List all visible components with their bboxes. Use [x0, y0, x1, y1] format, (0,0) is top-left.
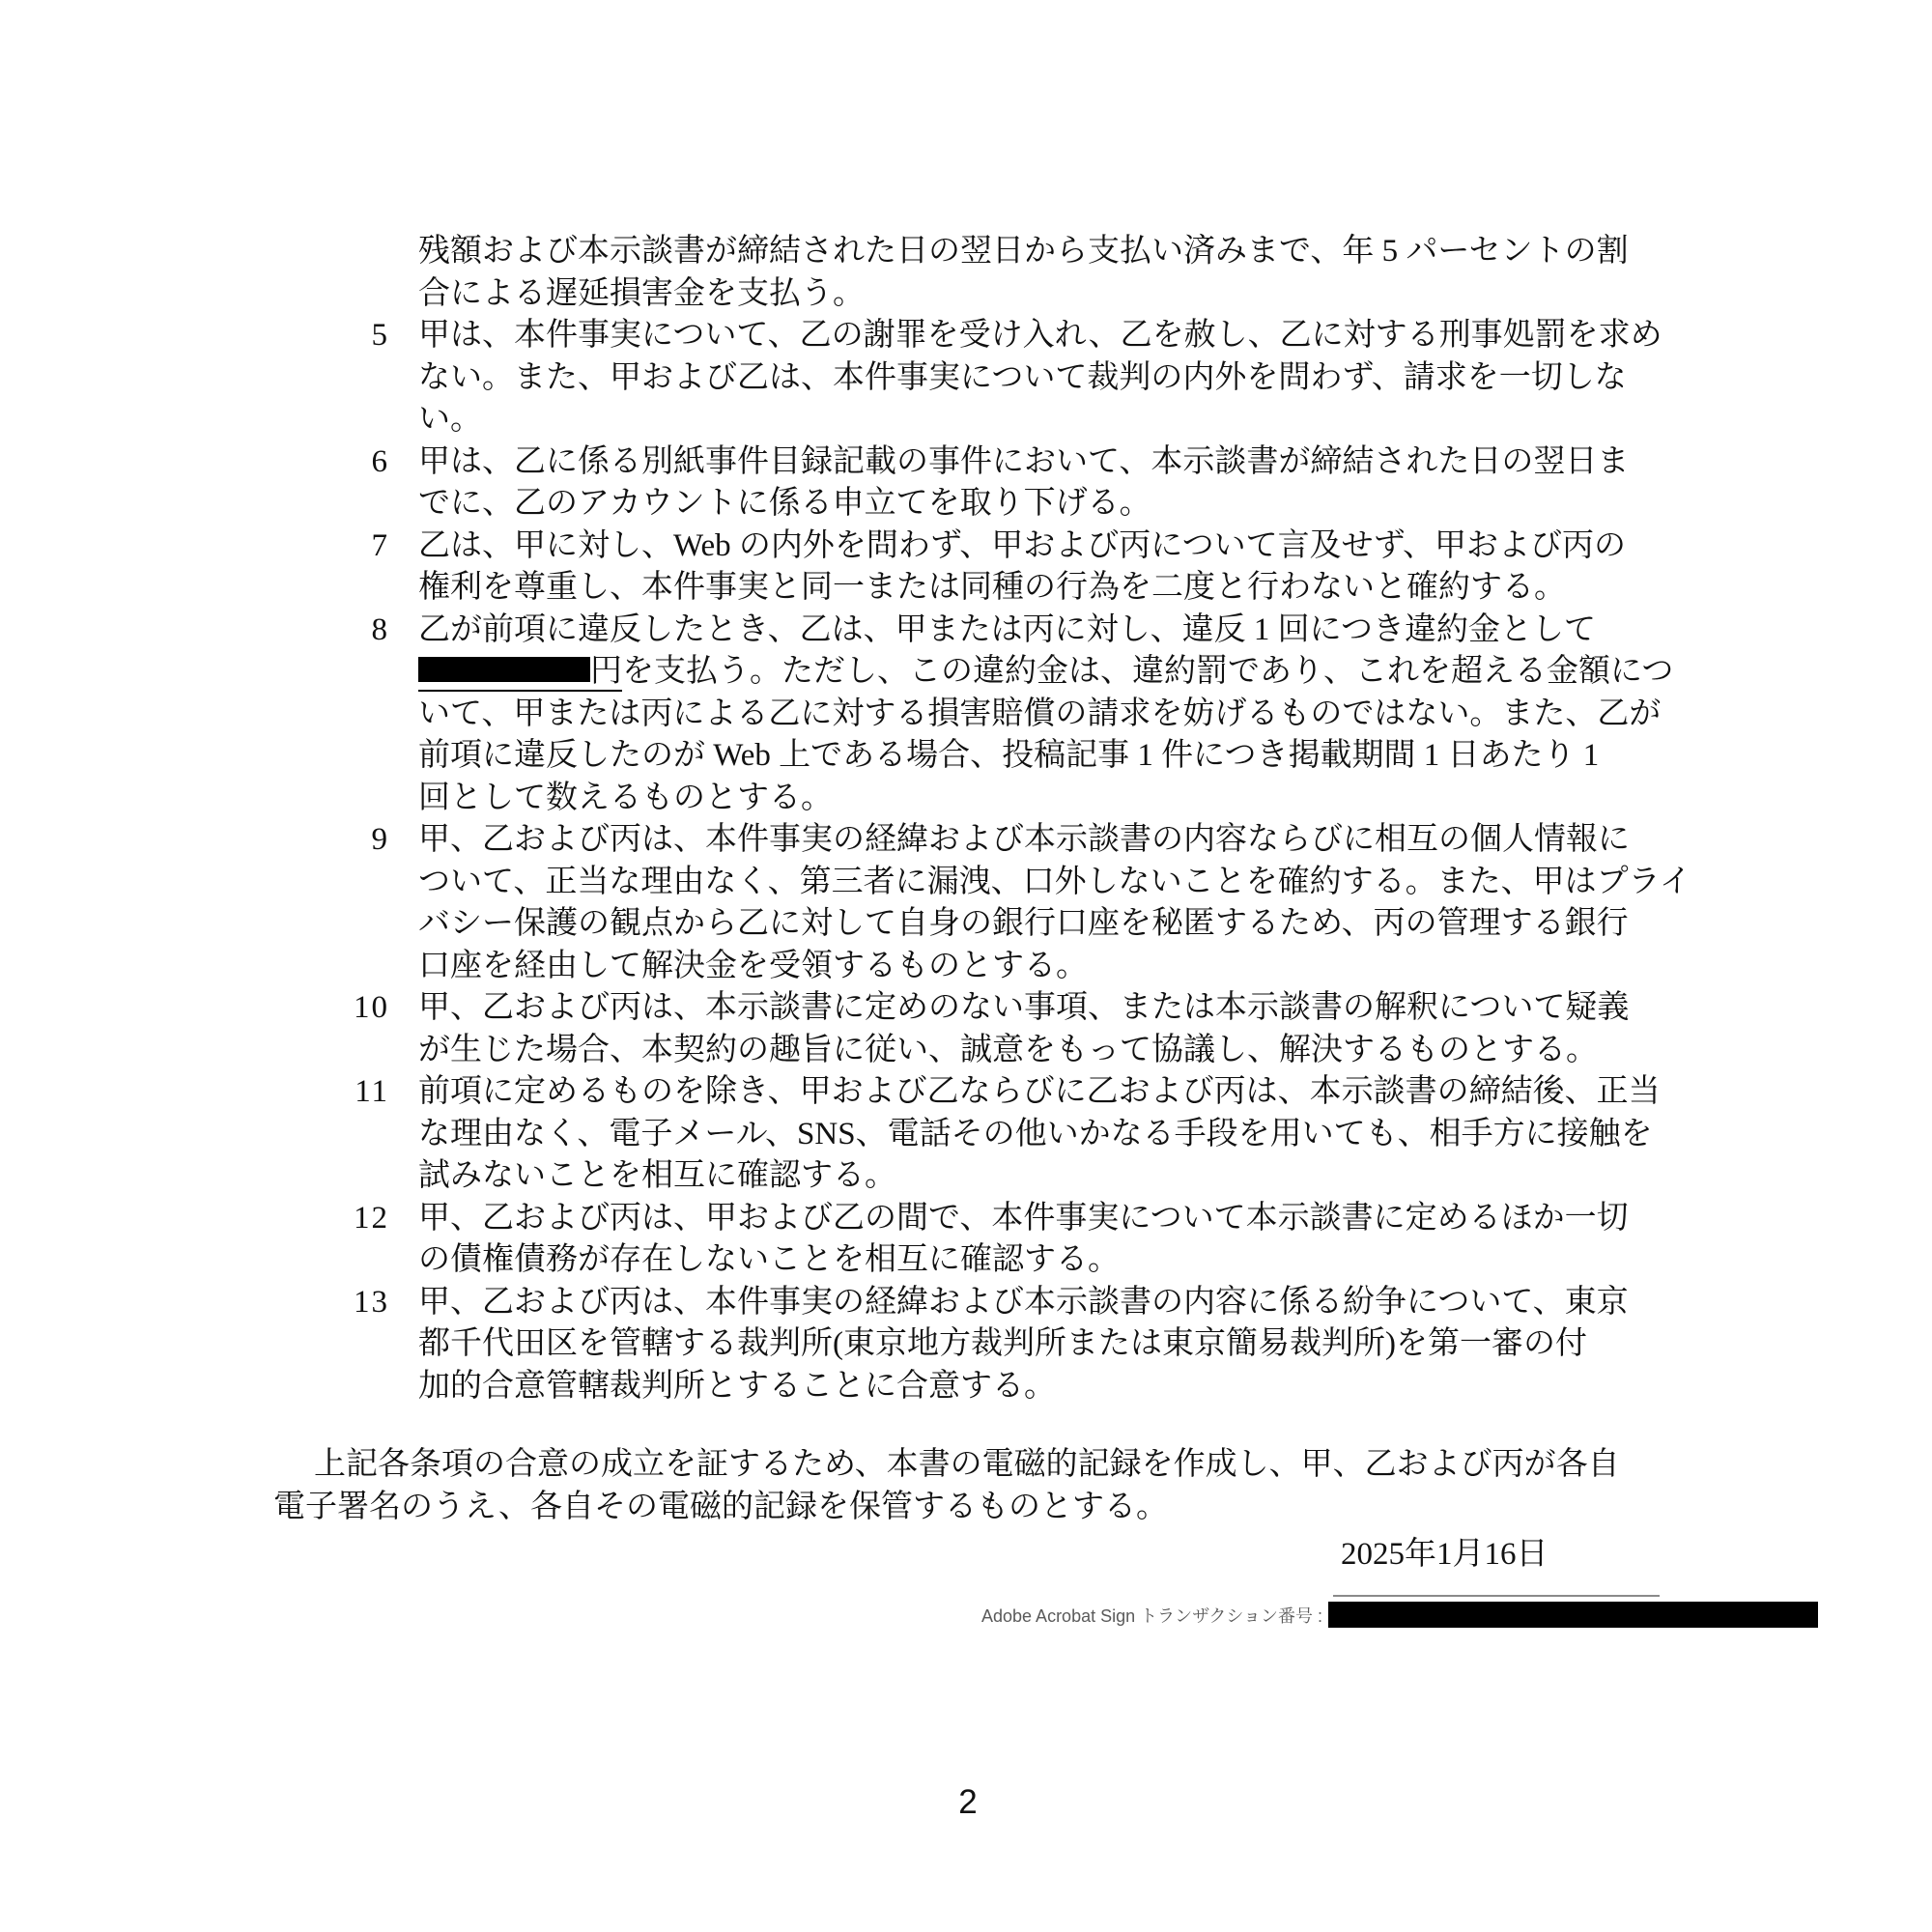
clause-line: 権利を尊重し、本件事実と同一または同種の行為を二度と行わないと確約する。 [418, 567, 1829, 610]
clause-line: 前項に違反したのが Web 上である場合、投稿記事 1 件につき掲載期間 1 日… [418, 735, 1829, 778]
clause-7: 7 乙は、甲に対し、Web の内外を問わず、甲および丙について言及せず、甲および… [0, 526, 1932, 610]
clause-6: 6 甲は、乙に係る別紙事件目録記載の事件において、本示談書が締結された日の翌日ま… [0, 441, 1932, 526]
amount-unit: 円 [590, 654, 622, 689]
clause-number: 11 [314, 1071, 389, 1114]
clause-8: 8 乙が前項に違反したとき、乙は、甲または丙に対し、違反 1 回につき違約金とし… [0, 610, 1932, 820]
clause-line: ついて、正当な理由なく、第三者に漏洩、口外しないことを確約する。また、甲はプライ [418, 862, 1829, 904]
clause-line: でに、乙のアカウントに係る申立てを取り下げる。 [418, 483, 1829, 526]
clause-5: 5 甲は、本件事実について、乙の謝罪を受け入れ、乙を赦し、乙に対する刑事処罰を求… [0, 315, 1932, 441]
settlement-document-page-2: 残額および本示談書が締結された日の翌日から支払い済みまで、年 5 パーセントの割… [0, 0, 1932, 1932]
clause-line: バシー保護の観点から乙に対して自身の銀行口座を秘匿するため、丙の管理する銀行 [418, 903, 1829, 946]
clause-line: い。 [418, 399, 1829, 441]
clause-line: 甲、乙および丙は、甲および乙の間で、本件事実について本示談書に定めるほか一切 [418, 1198, 1829, 1240]
clause-line: 試みないことを相互に確認する。 [418, 1155, 1829, 1198]
execution-date: 2025年1月16日 [1341, 1534, 1548, 1577]
clause-line: 前項に定めるものを除き、甲および乙ならびに乙および丙は、本示談書の締結後、正当 [418, 1071, 1829, 1114]
clause-line: 甲は、乙に係る別紙事件目録記載の事件において、本示談書が締結された日の翌日ま [418, 441, 1829, 484]
clause-number: 5 [314, 315, 389, 357]
clause-line-text: を支払う。ただし、この違約金は、違約罰であり、これを超える金額につ [622, 654, 1673, 689]
clause-10: 10 甲、乙および丙は、本示談書に定めのない事項、または本示談書の解釈について疑… [0, 987, 1932, 1071]
clause-line: 甲、乙および丙は、本件事実の経緯および本示談書の内容に係る紛争について、東京 [418, 1282, 1829, 1324]
clause-line: 甲、乙および丙は、本件事実の経緯および本示談書の内容ならびに相互の個人情報に [418, 819, 1829, 862]
clause-line: が生じた場合、本契約の趣旨に従い、誠意をもって協議し、解決するものとする。 [418, 1030, 1829, 1072]
clause-line: 甲は、本件事実について、乙の謝罪を受け入れ、乙を赦し、乙に対する刑事処罰を求め [418, 315, 1829, 357]
closing-paragraph: 上記各条項の合意の成立を証するため、本書の電磁的記録を作成し、甲、乙および丙が各… [273, 1444, 1722, 1528]
clause-12: 12 甲、乙および丙は、甲および乙の間で、本件事実について本示談書に定めるほか一… [0, 1198, 1932, 1282]
transaction-id-redaction-box [1328, 1602, 1818, 1628]
clause-line: いて、甲または丙による乙に対する損害賠償の請求を妨げるものではない。また、乙が [418, 694, 1829, 736]
closing-line: 電子署名のうえ、各自その電磁的記録を保管するものとする。 [273, 1487, 1722, 1529]
clause-number: 9 [314, 819, 389, 862]
clause-line: ない。また、甲および乙は、本件事実について裁判の内外を問わず、請求を一切しな [418, 357, 1829, 400]
clause-line: 合による遅延損害金を支払う。 [418, 273, 1829, 316]
redacted-amount-underline: 円 [418, 654, 622, 692]
clause-line: 回として数えるものとする。 [418, 778, 1829, 820]
clause-line: 甲、乙および丙は、本示談書に定めのない事項、または本示談書の解釈について疑義 [418, 987, 1829, 1030]
clause-number: 6 [314, 441, 389, 484]
clause-line-redacted: 円を支払う。ただし、この違約金は、違約罰であり、これを超える金額につ [418, 651, 1829, 694]
clause-line: 加的合意管轄裁判所とすることに合意する。 [418, 1366, 1829, 1408]
clause-4-continuation: 残額および本示談書が締結された日の翌日から支払い済みまで、年 5 パーセントの割… [0, 231, 1932, 315]
esign-transaction-label: Adobe Acrobat Sign トランザクション番号 : [981, 1603, 1322, 1628]
signature-line [1333, 1595, 1660, 1597]
clause-line: 残額および本示談書が締結された日の翌日から支払い済みまで、年 5 パーセントの割 [418, 231, 1829, 273]
redacted-amount-box [418, 657, 590, 682]
clause-line: の債権債務が存在しないことを相互に確認する。 [418, 1239, 1829, 1282]
clause-line: 乙は、甲に対し、Web の内外を問わず、甲および丙について言及せず、甲および丙の [418, 526, 1829, 568]
clause-line: 都千代田区を管轄する裁判所(東京地方裁判所または東京簡易裁判所)を第一審の付 [418, 1323, 1829, 1366]
closing-line: 上記各条項の合意の成立を証するため、本書の電磁的記録を作成し、甲、乙および丙が各… [273, 1444, 1722, 1487]
clause-number: 12 [314, 1198, 389, 1240]
page-number: 2 [939, 1783, 997, 1822]
clause-11: 11 前項に定めるものを除き、甲および乙ならびに乙および丙は、本示談書の締結後、… [0, 1071, 1932, 1198]
clause-line: な理由なく、電子メール、SNS、電話その他いかなる手段を用いても、相手方に接触を [418, 1114, 1829, 1156]
clause-list: 残額および本示談書が締結された日の翌日から支払い済みまで、年 5 パーセントの割… [0, 231, 1932, 1407]
clause-number: 10 [314, 987, 389, 1030]
clause-number: 13 [314, 1282, 389, 1324]
clause-13: 13 甲、乙および丙は、本件事実の経緯および本示談書の内容に係る紛争について、東… [0, 1282, 1932, 1408]
clause-number: 8 [314, 610, 389, 652]
clause-number: 7 [314, 526, 389, 568]
esign-transaction-row: Adobe Acrobat Sign トランザクション番号 : [981, 1602, 1818, 1628]
clause-line: 乙が前項に違反したとき、乙は、甲または丙に対し、違反 1 回につき違約金として [418, 610, 1829, 652]
clause-line: 口座を経由して解決金を受領するものとする。 [418, 946, 1829, 988]
clause-9: 9 甲、乙および丙は、本件事実の経緯および本示談書の内容ならびに相互の個人情報に… [0, 819, 1932, 987]
